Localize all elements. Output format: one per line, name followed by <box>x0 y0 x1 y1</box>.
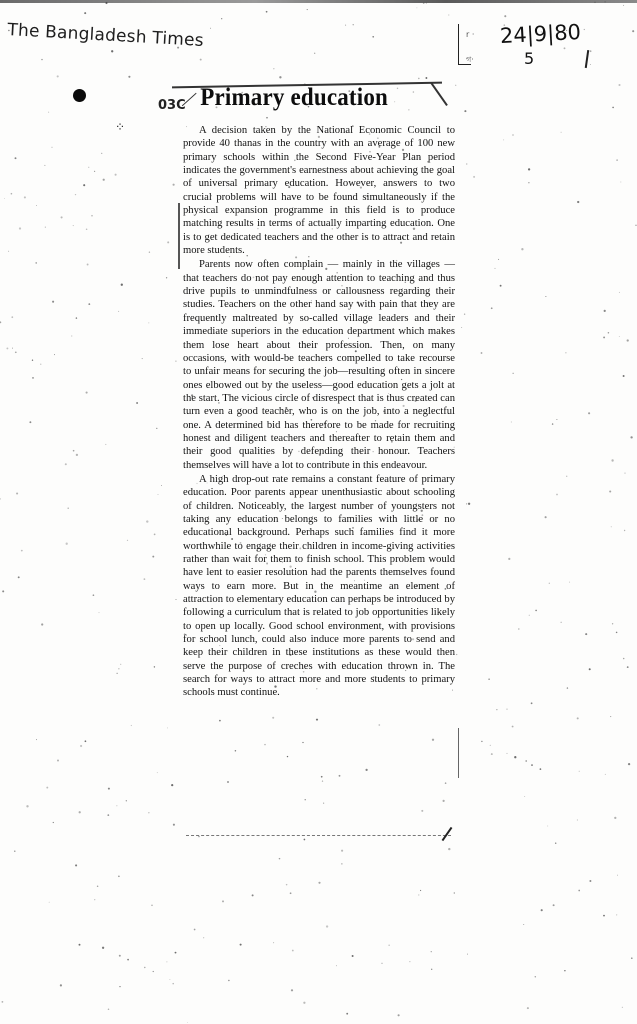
margin-line <box>458 728 459 778</box>
end-pen-mark <box>442 827 453 841</box>
headline-text: Primary education <box>200 84 388 111</box>
article-paragraph: A decision taken by the National Economi… <box>183 124 455 257</box>
article-paragraph: A high drop-out rate remains a constant … <box>183 473 455 700</box>
clipping-bottom-edge <box>186 835 451 837</box>
margin-specks: ⁘ <box>115 120 125 134</box>
headline: Primary education <box>180 84 388 112</box>
check-mark-icon <box>182 92 197 106</box>
article-paragraph: Parents now often complain — mainly in t… <box>183 258 455 472</box>
margin-line <box>178 203 180 269</box>
pen-mark <box>430 82 448 106</box>
handwritten-date: 24|9|80 <box>499 20 581 48</box>
article-body: A decision taken by the National Economi… <box>183 124 455 701</box>
publication-name: The Bangladesh Times <box>7 20 204 51</box>
handwritten-stroke <box>585 50 589 68</box>
scan-top-edge <box>0 0 637 3</box>
stamp-mark: r · <box>466 30 474 39</box>
handwritten-date-stamp: r · গ· 24|9|80 5 <box>456 20 596 75</box>
bullet-dot <box>73 89 86 102</box>
stamp-mark: গ· <box>466 54 474 67</box>
handwritten-page: 5 <box>524 49 534 68</box>
